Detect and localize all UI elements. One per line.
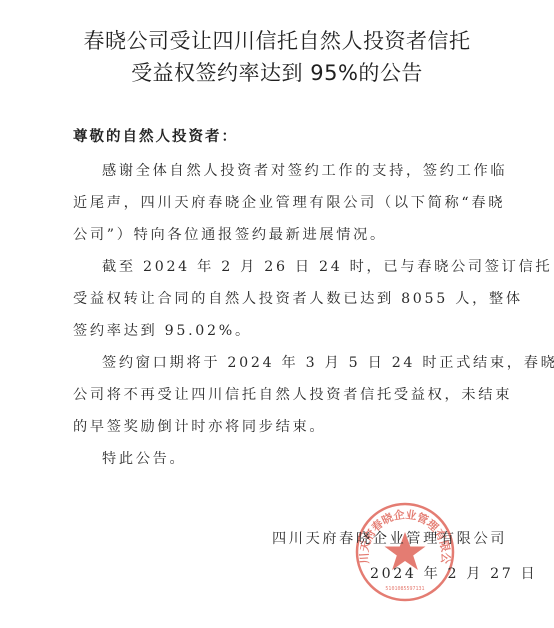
seal-icon: 四川天府春晓企业管理有限公司 5101085597131 [355,502,455,602]
paragraph-3-line-2: 公司将不再受让四川信托自然人投资者信托受益权，未结束 [73,384,512,404]
signature-date: 2024 年 2 月 27 日 [370,563,537,583]
announcement-title-line-2: 受益权签约率达到 95%的公告 [0,57,554,87]
paragraph-2-line-3: 签约率达到 95.02%。 [73,320,252,340]
paragraph-3-line-3: 的早签奖励倒计时亦将同步结束。 [73,416,326,436]
signature-company: 四川天府春晓企业管理有限公司 [272,528,507,548]
company-seal: 四川天府春晓企业管理有限公司 5101085597131 [355,502,455,602]
closing-line: 特此公告。 [73,448,186,468]
paragraph-1-line-2: 近尾声，四川天府春晓企业管理有限公司（以下简称“春晓 [73,192,505,212]
announcement-title-line-1: 春晓公司受让四川信托自然人投资者信托 [0,25,554,55]
paragraph-2-line-1: 截至 2024 年 2 月 26 日 24 时，已与春晓公司签订信托 [73,256,552,276]
paragraph-1-line-1: 感谢全体自然人投资者对签约工作的支持，签约工作临 [73,160,507,180]
paragraph-3-line-1: 签约窗口期将于 2024 年 3 月 5 日 24 时正式结束，春晓 [73,352,554,372]
svg-text:5101085597131: 5101085597131 [385,586,424,592]
paragraph-1-line-3: 公司”）特向各位通报签约最新进展情况。 [73,224,387,244]
salutation: 尊敬的自然人投资者： [73,125,473,146]
paragraph-2-line-2: 受益权转让合同的自然人投资者人数已达到 8055 人，整体 [73,288,523,308]
